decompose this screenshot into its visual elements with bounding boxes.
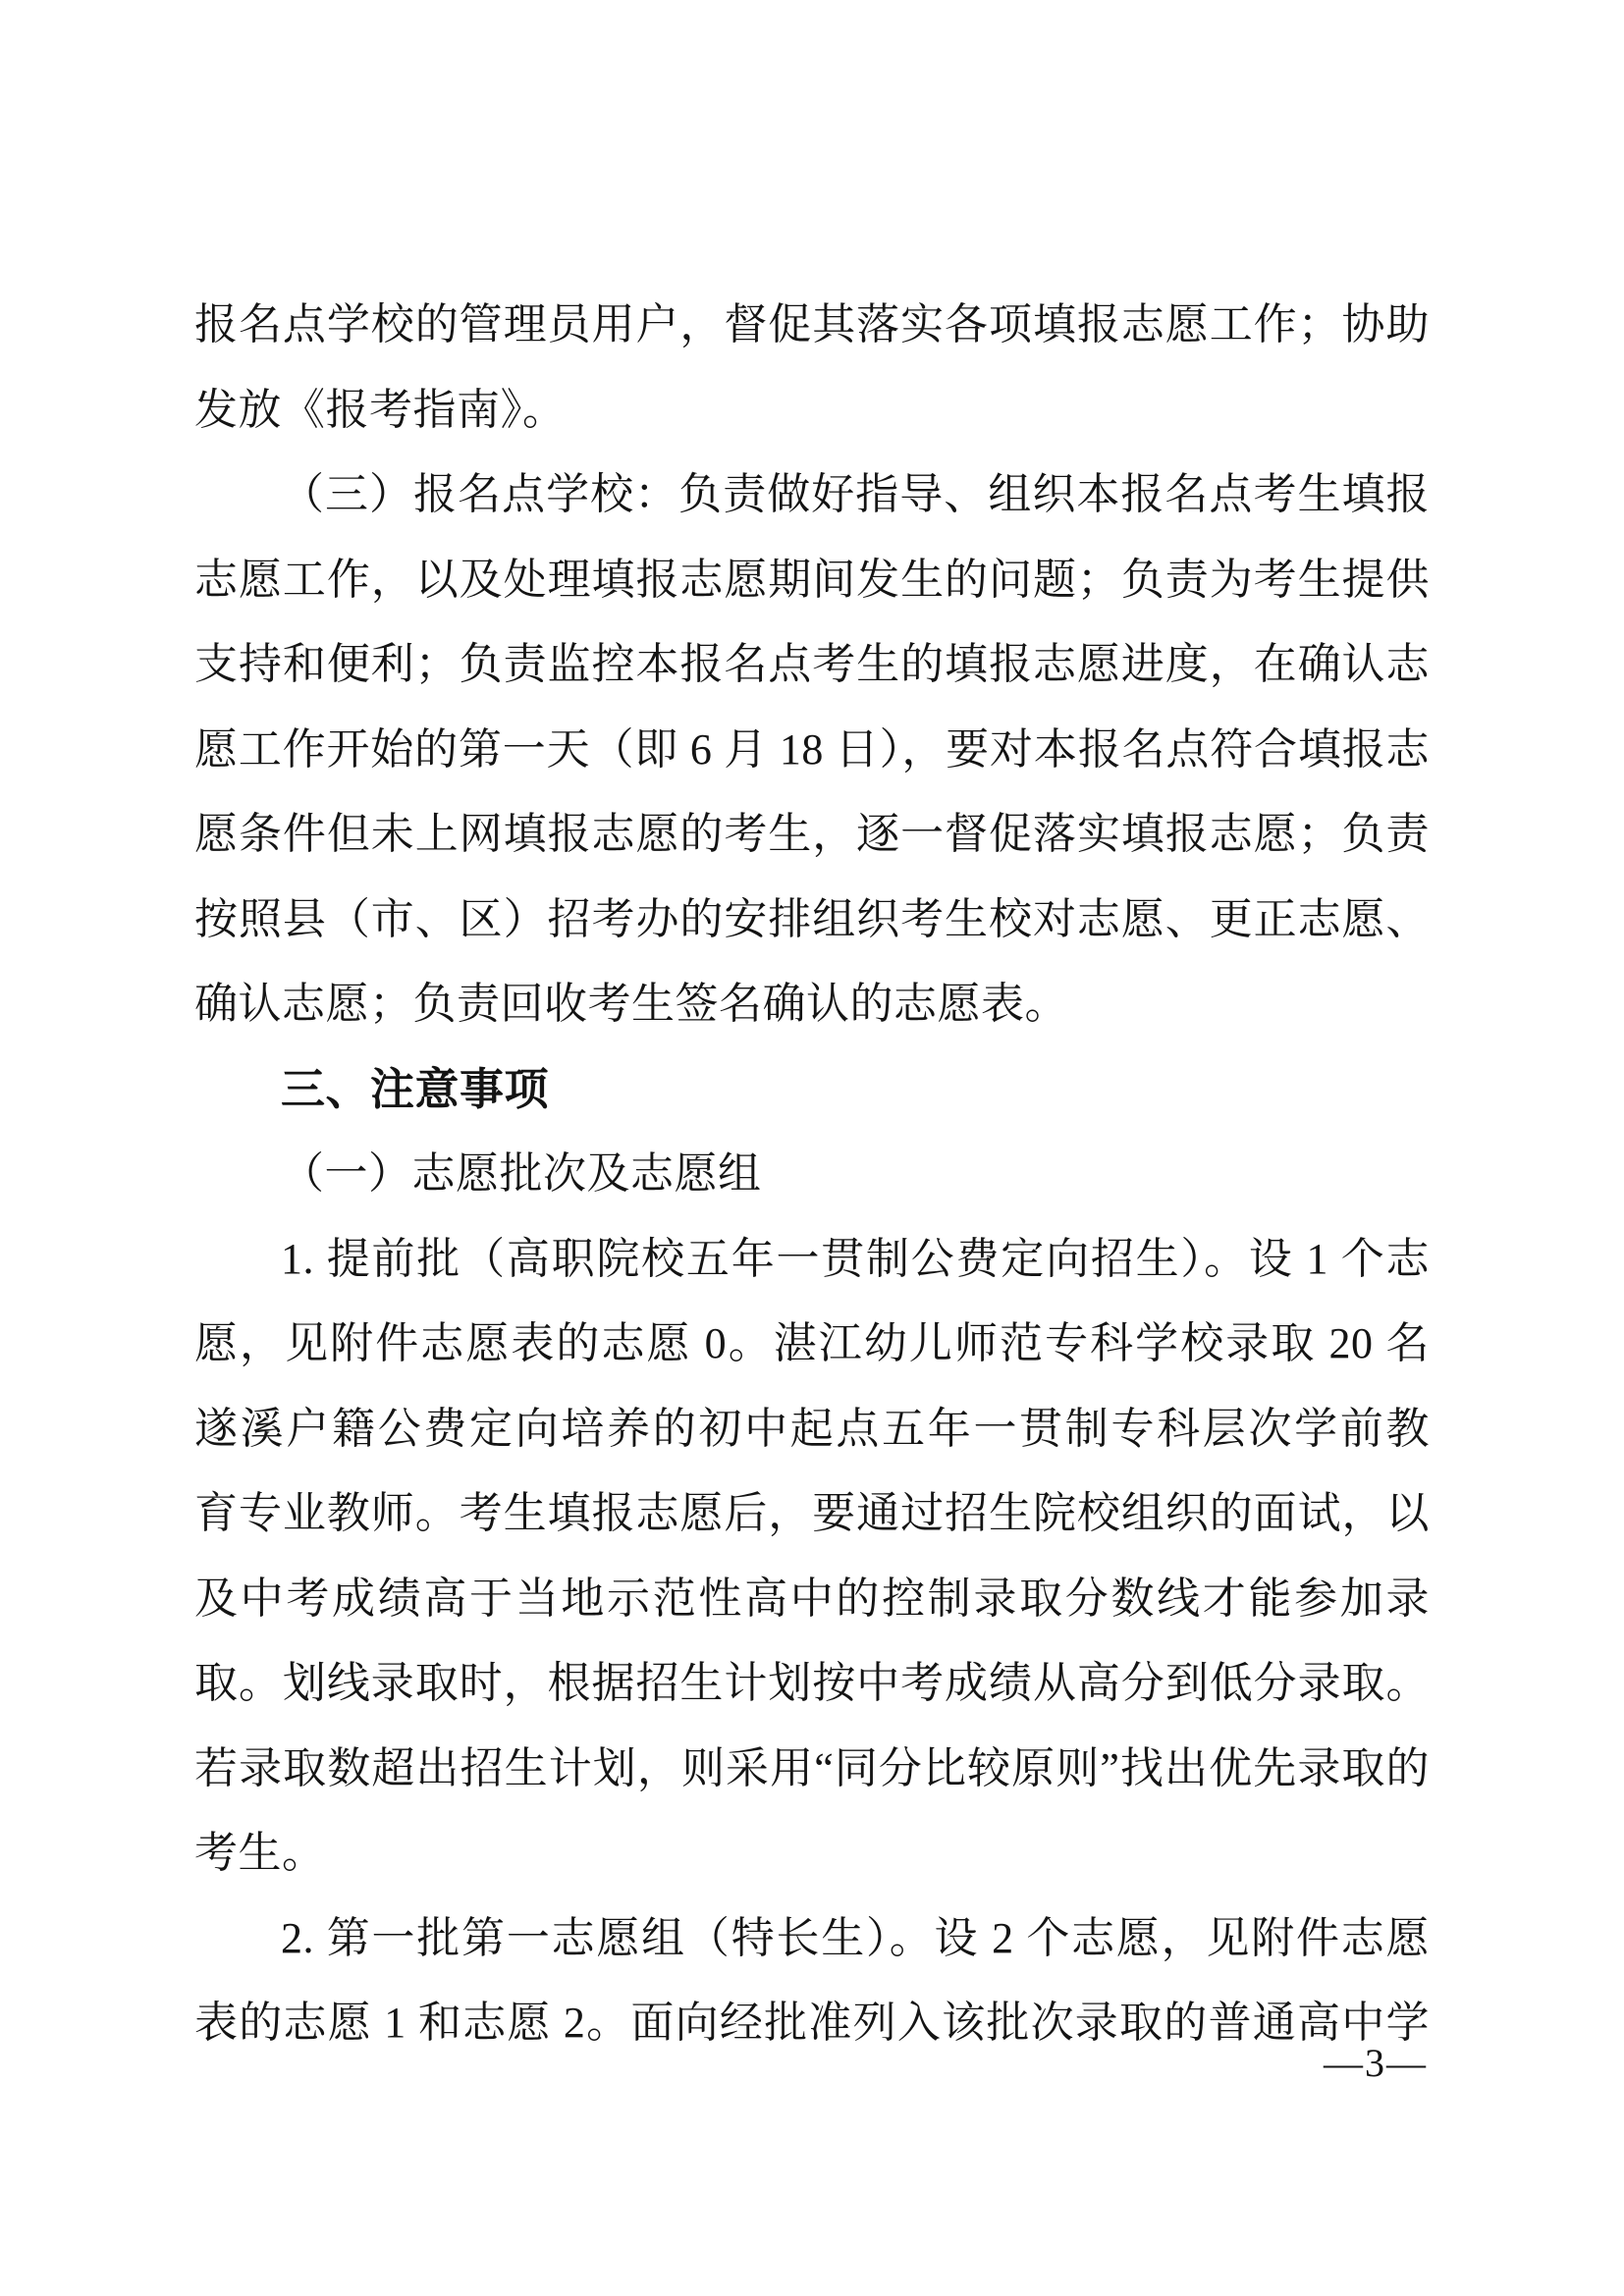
text-line: 支持和便利；负责监控本报名点考生的填报志愿进度，在确认志: [194, 622, 1430, 708]
text-line: 按照县（市、区）招考办的安排组织考生校对志愿、更正志愿、: [194, 878, 1430, 963]
text-line: 遂溪户籍公费定向培养的初中起点五年一贯制专科层次学前教: [194, 1387, 1430, 1472]
page-number: —3—: [1324, 2040, 1428, 2087]
text-line: 愿条件但未上网填报志愿的考生，逐一督促落实填报志愿；负责: [194, 792, 1430, 878]
text-line: 取。划线录取时，根据招生计划按中考成绩从高分到低分录取。: [194, 1641, 1430, 1727]
text-line: 报名点学校的管理员用户，督促其落实各项填报志愿工作；协助: [194, 283, 1430, 368]
document-body: 报名点学校的管理员用户，督促其落实各项填报志愿工作；协助 发放《报考指南》。 （…: [194, 283, 1430, 2066]
paragraph-start-line: 1. 提前批（高职院校五年一贯制公费定向招生）。设 1 个志: [194, 1217, 1430, 1303]
text-line: 及中考成绩高于当地示范性高中的控制录取分数线才能参加录: [194, 1557, 1430, 1642]
section-heading: 三、注意事项: [194, 1047, 1430, 1133]
text-line: 愿，见附件志愿表的志愿 0。湛江幼儿师范专科学校录取 20 名: [194, 1302, 1430, 1387]
subsection-heading: （一）志愿批次及志愿组: [194, 1132, 1430, 1217]
text-line: 若录取数超出招生计划，则采用“同分比较原则”找出优先录取的: [194, 1727, 1430, 1812]
text-line: 育专业教师。考生填报志愿后，要通过招生院校组织的面试，以: [194, 1471, 1430, 1557]
paragraph-start-line: 2. 第一批第一志愿组（特长生）。设 2 个志愿，见附件志愿: [194, 1896, 1430, 1982]
document-page: 报名点学校的管理员用户，督促其落实各项填报志愿工作；协助 发放《报考指南》。 （…: [0, 0, 1624, 2296]
text-line: 志愿工作，以及处理填报志愿期间发生的问题；负责为考生提供: [194, 538, 1430, 623]
text-line: 愿工作开始的第一天（即 6 月 18 日），要对本报名点符合填报志: [194, 708, 1430, 793]
text-line: 考生。: [194, 1811, 1430, 1896]
paragraph-start-line: （三）报名点学校：负责做好指导、组织本报名点考生填报: [194, 453, 1430, 538]
text-line: 确认志愿；负责回收考生签名确认的志愿表。: [194, 962, 1430, 1047]
text-line: 表的志愿 1 和志愿 2。面向经批准列入该批次录取的普通高中学: [194, 1981, 1430, 2066]
text-line: 发放《报考指南》。: [194, 368, 1430, 454]
